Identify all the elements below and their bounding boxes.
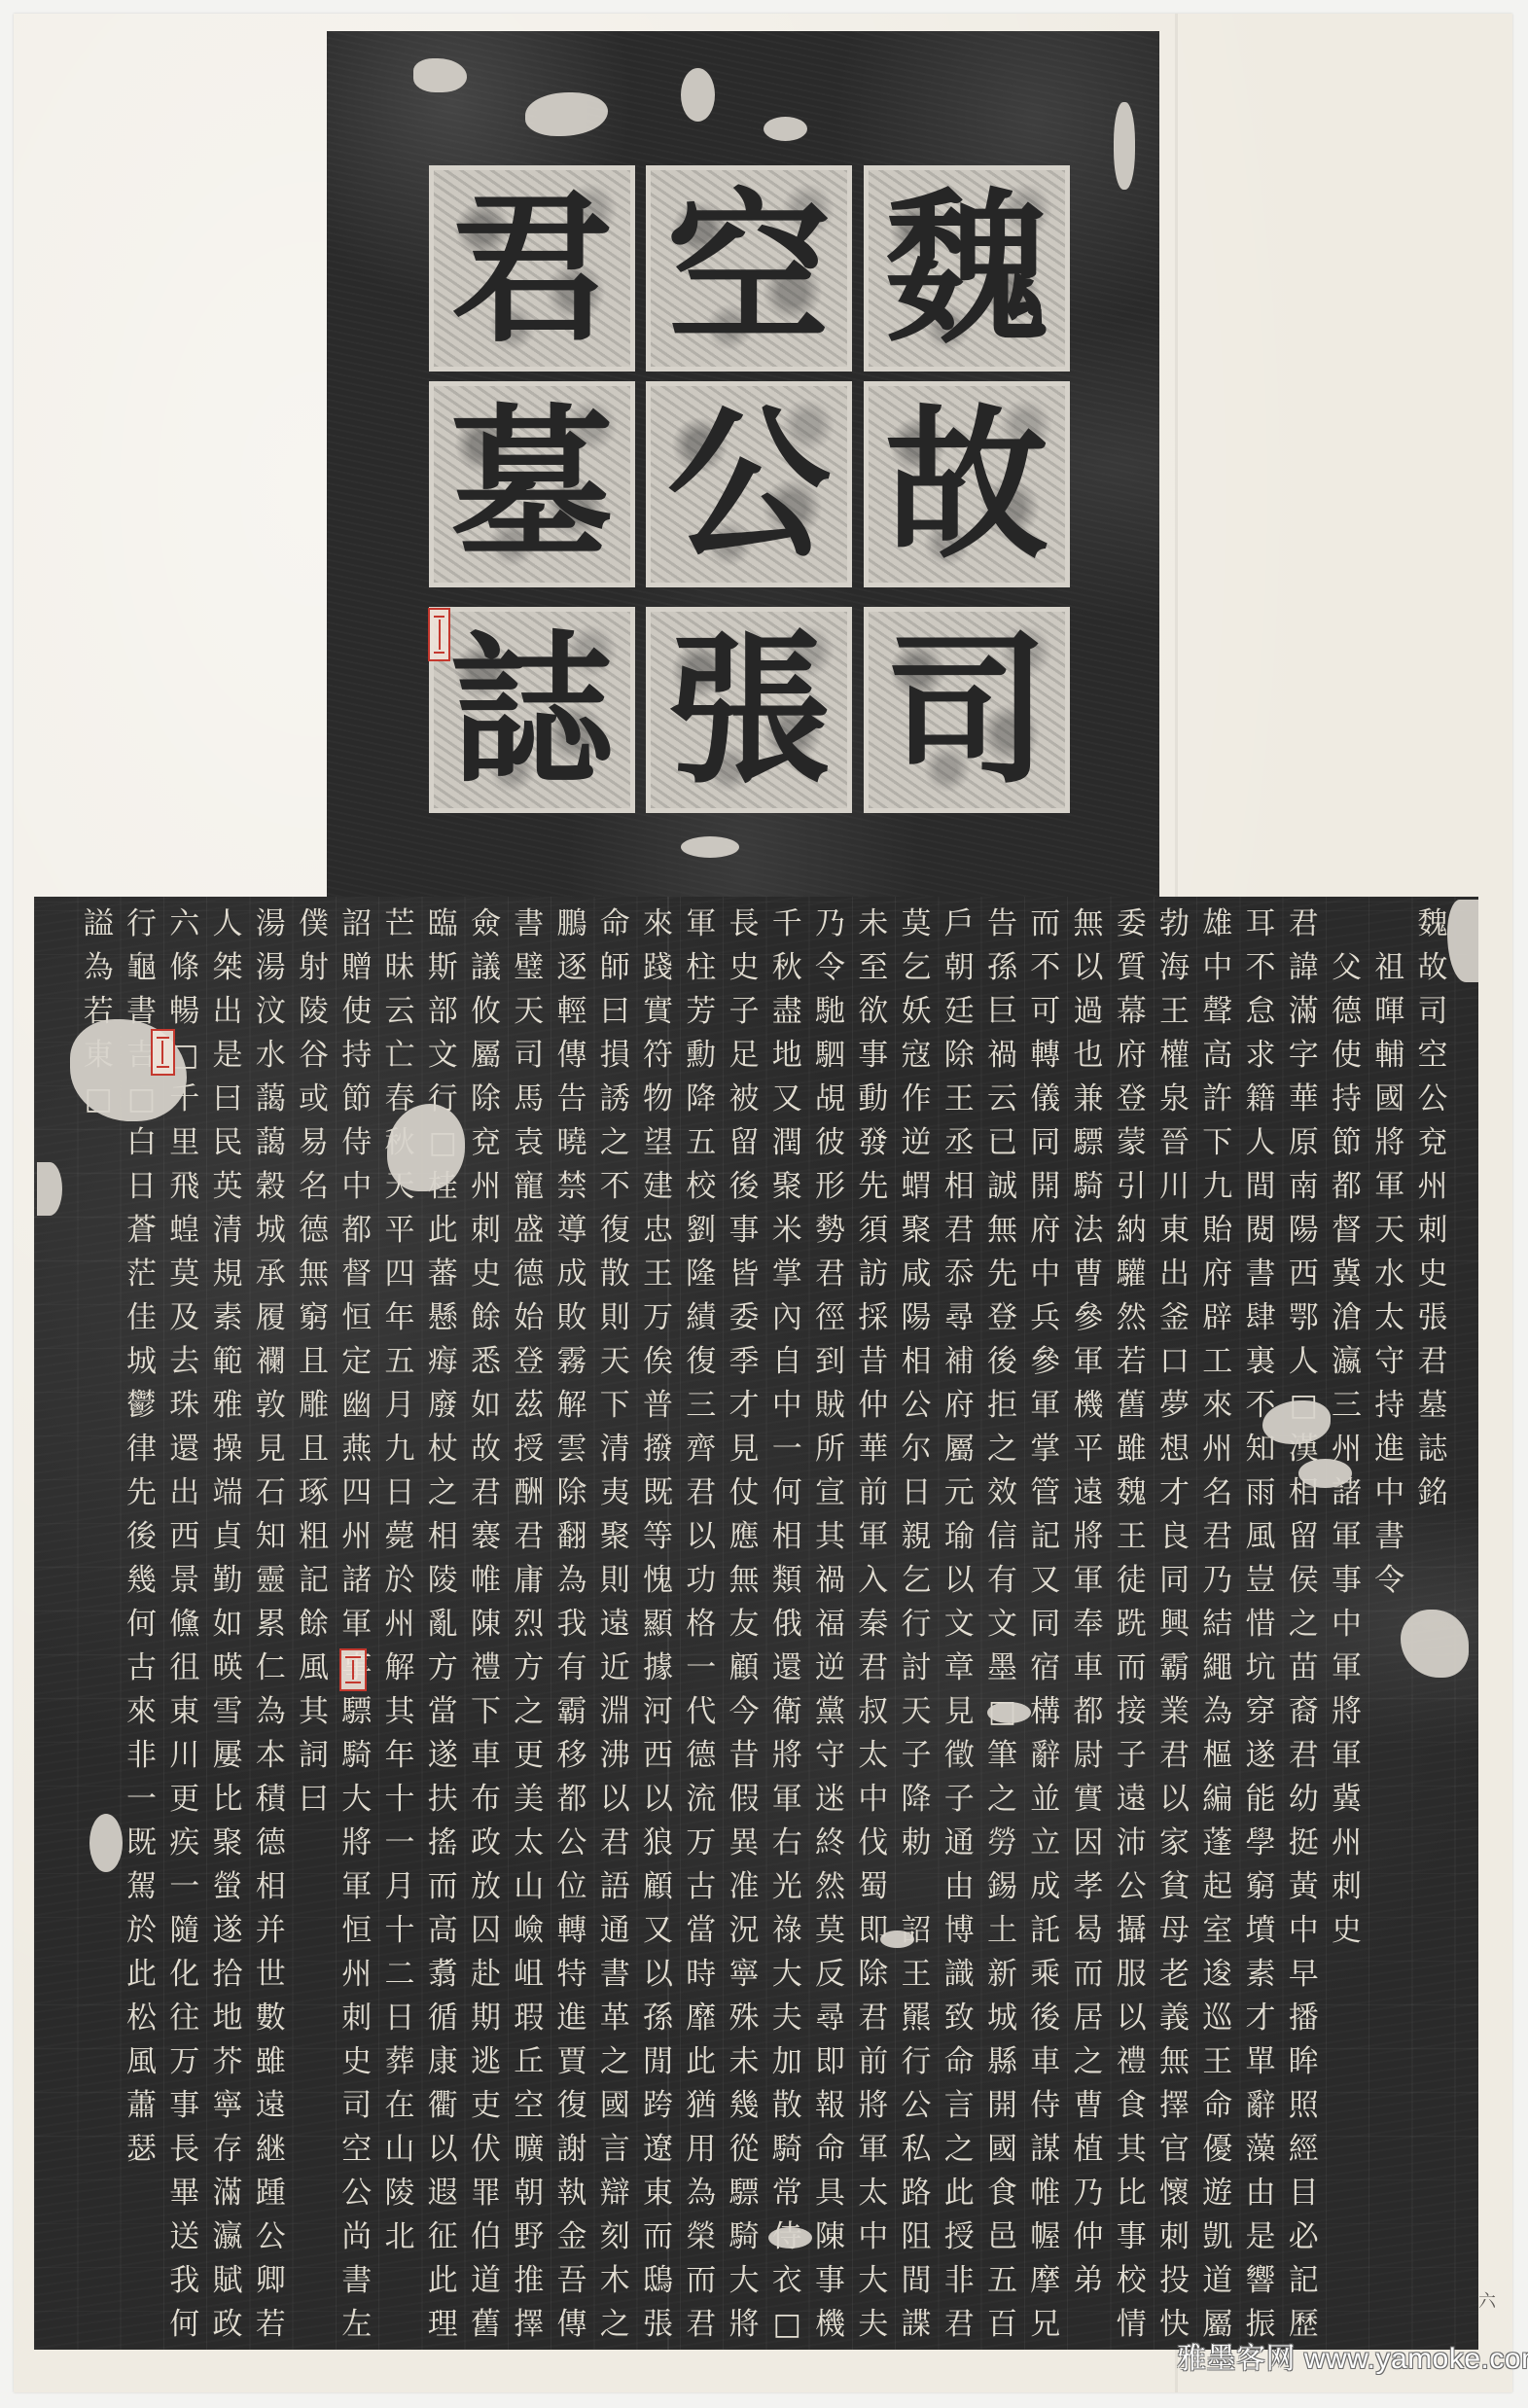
text-column: 來踐實符物望建忠王万俟普撥既等愧顯據河西以狼顧又以孫閒跨遼東而鴟張 (636, 903, 679, 2352)
engraved-character: 遠 (1067, 1471, 1110, 1515)
engraved-character: 故 (1411, 946, 1454, 990)
engraved-character: 以 (1153, 1778, 1195, 1822)
engraved-character: 月 (378, 1384, 421, 1428)
engraved-character: 陽 (895, 1296, 938, 1340)
engraved-character: 左 (336, 2303, 378, 2347)
engraved-character: 功 (680, 1559, 723, 1603)
engraved-character: 公 (895, 2084, 938, 2128)
engraved-character: 瀛 (206, 2215, 249, 2259)
engraved-character: 美 (508, 1778, 551, 1822)
engraved-character: 丘 (508, 2040, 551, 2084)
engraved-character: 素 (1239, 1953, 1282, 1997)
engraved-character: 由 (938, 1865, 980, 1909)
engraved-character: 刺 (336, 1997, 378, 2040)
engraved-character: 異 (723, 1822, 765, 1865)
engraved-character: 汶 (249, 990, 292, 1034)
engraved-character: 潤 (765, 1121, 808, 1165)
engraved-character: 工 (1196, 1340, 1239, 1384)
text-column: 父德使持節都督冀滄瀛三州諸軍事中軍將軍冀州刺史 (1325, 903, 1368, 2352)
engraved-character: 大 (765, 1953, 808, 1997)
engraved-character: 縣 (980, 2040, 1023, 2084)
engraved-character: 私 (895, 2128, 938, 2172)
engraved-character: 之 (938, 2128, 980, 2172)
engraved-character: 藹 (249, 1078, 292, 1121)
engraved-character: 英 (206, 1165, 249, 1209)
engraved-character: 寧 (723, 1953, 765, 1997)
engraved-character: 衢 (421, 2084, 464, 2128)
engraved-character: 將 (765, 1734, 808, 1778)
title-cell: 故 (864, 381, 1070, 587)
text-column: 無以過也兼驃騎法曹參軍機平遠將軍奉車都尉實因孝曷而居之曹植乃仲弟 (1067, 903, 1110, 2352)
engraved-character: 太 (852, 1734, 895, 1778)
engraved-character: 禍 (808, 1559, 851, 1603)
engraved-character: 辭 (1024, 1734, 1067, 1778)
engraved-character: 之 (593, 2303, 636, 2347)
engraved-character: 效 (980, 1471, 1023, 1515)
engraved-character: 必 (1282, 2215, 1325, 2259)
engraved-character: 普 (636, 1384, 679, 1428)
engraved-character: 權 (1153, 1034, 1195, 1078)
engraved-character: 君 (680, 2303, 723, 2347)
engraved-character: 語 (593, 1865, 636, 1909)
engraved-character: 績 (680, 1296, 723, 1340)
engraved-character: 期 (464, 1997, 507, 2040)
engraved-character: 間 (895, 2259, 938, 2303)
engraved-character: 史 (723, 946, 765, 990)
engraved-character: 祿 (765, 1909, 808, 1953)
engraved-character: 幕 (1110, 990, 1153, 1034)
engraved-character: 進 (1368, 1428, 1411, 1471)
engraved-character: 燕 (336, 1428, 378, 1471)
engraved-character: 才 (1153, 1471, 1195, 1515)
engraved-character: 豈 (1239, 1559, 1282, 1603)
engraved-character: 地 (206, 1997, 249, 2040)
engraved-character: 我 (551, 1603, 593, 1647)
engraved-character: 損 (593, 1034, 636, 1078)
engraved-character: 陵 (378, 2172, 421, 2215)
engraved-character: 所 (808, 1428, 851, 1471)
engraved-character: 踵 (249, 2172, 292, 2215)
engraved-character: 朝 (508, 2172, 551, 2215)
engraved-character: 岨 (508, 1953, 551, 1997)
engraved-character: 薨 (378, 1515, 421, 1559)
engraved-character: 優 (1196, 2128, 1239, 2172)
engraved-character: 谷 (292, 1034, 335, 1078)
engraved-character: 儀 (1024, 1078, 1067, 1121)
engraved-character: 乞 (895, 1559, 938, 1603)
engraved-character: 勢 (808, 1209, 851, 1253)
engraved-character: 廷 (938, 990, 980, 1034)
engraved-character: 建 (636, 1165, 679, 1209)
engraved-character: 中 (1368, 1471, 1411, 1515)
engraved-character: 則 (593, 1559, 636, 1603)
engraved-character: 仲 (1067, 2215, 1110, 2259)
engraved-character: 行 (895, 2040, 938, 2084)
engraved-character: 其 (1110, 2128, 1153, 2172)
engraved-character: 事 (163, 2084, 206, 2128)
engraved-character: 且 (292, 1340, 335, 1384)
engraved-character: 於 (378, 1559, 421, 1603)
engraved-character: 河 (636, 1690, 679, 1734)
engraved-character: 非 (120, 1734, 162, 1778)
engraved-character: 馳 (808, 990, 851, 1034)
engraved-character: 徵 (938, 1734, 980, 1778)
engraved-character: 相 (249, 1865, 292, 1909)
engraved-character: 之 (1067, 2040, 1110, 2084)
engraved-character: 子 (723, 990, 765, 1034)
engraved-character: 因 (1067, 1822, 1110, 1865)
engraved-character: 軍 (1325, 1647, 1368, 1690)
engraved-character: 琢 (292, 1471, 335, 1515)
engraved-character: 西 (1282, 1253, 1325, 1296)
engraved-character: 世 (249, 1953, 292, 1997)
engraved-character: 都 (336, 1209, 378, 1253)
engraved-character: 司 (1411, 990, 1454, 1034)
engraved-character: 方 (421, 1647, 464, 1690)
engraved-character: 若 (249, 2303, 292, 2347)
engraved-character: 司 (508, 1034, 551, 1078)
engraved-character: 怠 (1239, 990, 1282, 1034)
engraved-character: 奉 (1067, 1603, 1110, 1647)
engraved-character: 康 (421, 2040, 464, 2084)
engraved-character: 屬 (464, 1034, 507, 1078)
engraved-character: 齊 (680, 1428, 723, 1471)
engraved-character: 易 (292, 1121, 335, 1165)
engraved-character: 遐 (421, 2172, 464, 2215)
damage-patch (387, 1104, 465, 1191)
engraved-character: 成 (551, 1253, 593, 1296)
engraved-character: 不 (1239, 946, 1282, 990)
engraved-character: 仁 (249, 1647, 292, 1690)
engraved-character: 君 (852, 1647, 895, 1690)
engraved-character: 西 (163, 1515, 206, 1559)
engraved-character: 降 (680, 1078, 723, 1121)
engraved-character: 到 (808, 1340, 851, 1384)
engraved-character: 季 (723, 1340, 765, 1384)
engraved-character: 此 (680, 2040, 723, 2084)
engraved-character: 參 (1024, 1340, 1067, 1384)
title-character: 公 (667, 403, 831, 566)
engraved-character: 事 (1325, 1559, 1368, 1603)
engraved-character: 文 (938, 1603, 980, 1647)
engraved-character: 乃 (808, 903, 851, 946)
engraved-character: 川 (1153, 1165, 1195, 1209)
damage-patch (681, 68, 715, 122)
engraved-character: 駕 (120, 1865, 162, 1909)
text-column: 告孫巨禍云已誠無先登後拒之效信有文墨□筆之勞錫土新城縣開國食邑五百 (980, 903, 1023, 2352)
engraved-character: 瑟 (120, 2128, 162, 2172)
text-column: 湯湯汶水藹藹穀城承履襴敦見石知靈累仁為本積德相并世數雖遠継踵公卿若 (249, 903, 292, 2352)
engraved-character: 事 (1110, 2215, 1153, 2259)
engraved-character: 禍 (980, 1034, 1023, 1078)
engraved-character: 能 (1239, 1778, 1282, 1822)
engraved-character: 方 (508, 1647, 551, 1690)
engraved-character: 跣 (1110, 1603, 1153, 1647)
engraved-character: 欲 (852, 990, 895, 1034)
engraved-character: 前 (852, 1471, 895, 1515)
engraved-character: 侯 (1282, 1559, 1325, 1603)
engraved-character: 坑 (1239, 1647, 1282, 1690)
engraved-character: 莫 (163, 1253, 206, 1296)
engraved-character: 名 (1196, 1471, 1239, 1515)
engraved-character: 二 (378, 1953, 421, 1997)
engraved-character: 而 (1024, 903, 1067, 946)
engraved-character: 芥 (206, 2040, 249, 2084)
engraved-character: 民 (206, 1121, 249, 1165)
engraved-character: 命 (593, 903, 636, 946)
engraved-character: 仗 (723, 1471, 765, 1515)
engraved-character: 征 (421, 2215, 464, 2259)
engraved-character: 義 (1153, 1997, 1195, 2040)
engraved-character: 位 (551, 1865, 593, 1909)
engraved-character: 類 (765, 1559, 808, 1603)
engraved-character: 實 (1067, 1778, 1110, 1822)
engraved-character: 校 (680, 1165, 723, 1209)
engraved-character: 巡 (1196, 1997, 1239, 2040)
engraved-character: 過 (1067, 990, 1110, 1034)
engraved-character: 命 (808, 2128, 851, 2172)
engraved-character: 言 (938, 2084, 980, 2128)
damage-patch (89, 1814, 123, 1872)
engraved-character: 部 (421, 990, 464, 1034)
engraved-character: 傳 (551, 1034, 593, 1078)
engraved-character: 興 (1153, 1603, 1195, 1647)
title-character: 墓 (450, 403, 614, 566)
engraved-character: 比 (206, 1778, 249, 1822)
engraved-character: 殊 (723, 1997, 765, 2040)
engraved-character: 四 (378, 1253, 421, 1296)
engraved-character: 是 (1239, 2215, 1282, 2259)
engraved-character: 遠 (593, 1603, 636, 1647)
engraved-character: 書 (1239, 1253, 1282, 1296)
engraved-character: 州 (1325, 1822, 1368, 1865)
engraved-character: 靡 (680, 1997, 723, 2040)
engraved-character: 阻 (895, 2215, 938, 2259)
engraved-character: 勤 (206, 1559, 249, 1603)
engraved-character: 承 (249, 1253, 292, 1296)
engraved-character: 城 (980, 1997, 1023, 2040)
engraved-character: 不 (593, 1165, 636, 1209)
engraved-character: 後 (723, 1165, 765, 1209)
engraved-character: 相 (765, 1515, 808, 1559)
engraved-character: 傳 (551, 2303, 593, 2347)
engraved-character: 光 (765, 1865, 808, 1909)
engraved-character: 蝟 (895, 1165, 938, 1209)
engraved-character: 將 (1368, 1121, 1411, 1165)
engraved-character: 軍 (680, 903, 723, 946)
engraved-character: 幾 (723, 2084, 765, 2128)
engraved-character: 之 (593, 2040, 636, 2084)
engraved-character: 流 (680, 1778, 723, 1822)
engraved-character: 使 (1325, 1034, 1368, 1078)
engraved-character: 陳 (464, 1603, 507, 1647)
engraved-character: 命 (938, 2040, 980, 2084)
engraved-character: 継 (249, 2128, 292, 2172)
engraved-character: 友 (723, 1603, 765, 1647)
engraved-character: 為 (1196, 1690, 1239, 1734)
engraved-character (895, 1865, 938, 1909)
engraved-character: 樞 (1196, 1734, 1239, 1778)
engraved-character: 十 (378, 1778, 421, 1822)
engraved-character: 見 (723, 1428, 765, 1471)
engraved-character: 曷 (1067, 1909, 1110, 1953)
engraved-character: 墳 (1239, 1909, 1282, 1953)
engraved-character: 君 (1196, 1515, 1239, 1559)
engraved-character: 經 (1282, 2128, 1325, 2172)
engraved-character: 龜 (120, 946, 162, 990)
engraved-character: 為 (77, 946, 120, 990)
engraved-character: 機 (1067, 1384, 1110, 1428)
engraved-character: 報 (808, 2084, 851, 2128)
engraved-character: 逆 (808, 1647, 851, 1690)
engraved-character: 往 (163, 1997, 206, 2040)
engraved-character: 籍 (1239, 1078, 1282, 1121)
engraved-character: 冀 (1325, 1253, 1368, 1296)
engraved-character: 君 (508, 1515, 551, 1559)
engraved-character: 中 (765, 1384, 808, 1428)
text-column: 六條暢□千里飛蝗莫及去珠還出西景儵徂東川更疾一隨化往万事長畢送我何 (163, 903, 206, 2352)
engraved-character: 名 (292, 1165, 335, 1209)
damage-patch (880, 1930, 914, 1948)
engraved-character: 理 (421, 2303, 464, 2347)
engraved-character: 長 (723, 903, 765, 946)
engraved-character: 解 (551, 1384, 593, 1428)
engraved-character: 擇 (1153, 2084, 1195, 2128)
engraved-character: 逃 (464, 2040, 507, 2084)
engraved-character: 督 (1325, 1209, 1368, 1253)
engraved-character: 植 (1067, 2128, 1110, 2172)
engraved-character: 單 (1239, 2040, 1282, 2084)
engraved-character: 王 (1110, 1515, 1153, 1559)
engraved-character: 如 (464, 1384, 507, 1428)
engraved-character: 範 (206, 1340, 249, 1384)
engraved-character: 以 (636, 1778, 679, 1822)
engraved-character: 霸 (1153, 1647, 1195, 1690)
engraved-character: 恒 (336, 1296, 378, 1340)
engraved-character: 訪 (852, 1253, 895, 1296)
text-column: 僉議攸屬除兗州刺史餘悉如故君褰帷陳禮下車布政放囚赴期逃吏伏罪伯道舊 (464, 903, 507, 2352)
engraved-character: 信 (980, 1515, 1023, 1559)
engraved-character: 褰 (464, 1515, 507, 1559)
engraved-character: 良 (1153, 1515, 1195, 1559)
engraved-character: 疾 (163, 1822, 206, 1865)
engraved-character: 愧 (636, 1559, 679, 1603)
engraved-character: 機 (808, 2303, 851, 2347)
engraved-character: 平 (1067, 1428, 1110, 1471)
engraved-character: 賈 (551, 2040, 593, 2084)
engraved-character: 降 (895, 1778, 938, 1822)
engraved-character: 照 (1282, 2084, 1325, 2128)
engraved-character: 恒 (336, 1909, 378, 1953)
engraved-character: 親 (895, 1515, 938, 1559)
engraved-character: 是 (206, 1034, 249, 1078)
engraved-character: 更 (508, 1734, 551, 1778)
engraved-character: 而 (680, 2259, 723, 2303)
engraved-character: 太 (508, 1822, 551, 1865)
engraved-character: 釜 (1153, 1296, 1195, 1340)
engraved-character: 茲 (508, 1384, 551, 1428)
engraved-character: 早 (1282, 1953, 1325, 1997)
engraved-character: 常 (765, 2172, 808, 2215)
engraved-character: 中 (336, 1165, 378, 1209)
engraved-character: 閒 (636, 2040, 679, 2084)
engraved-character: 車 (464, 1734, 507, 1778)
engraved-character: 登 (1110, 1078, 1153, 1121)
engraved-character: 刺 (464, 1209, 507, 1253)
engraved-character: 仲 (852, 1384, 895, 1428)
engraved-character: 眸 (1282, 2040, 1325, 2084)
engraved-character: 海 (1153, 946, 1195, 990)
engraved-character: 尚 (336, 2215, 378, 2259)
engraved-character: 之 (421, 1471, 464, 1515)
engraved-character: 告 (551, 1078, 593, 1121)
engraved-character: 蜀 (852, 1865, 895, 1909)
engraved-character: 敦 (249, 1384, 292, 1428)
engraved-character: 五 (680, 1121, 723, 1165)
engraved-character: 皆 (723, 1253, 765, 1296)
engraved-character: 一 (163, 1865, 206, 1909)
engraved-character: 百 (980, 2303, 1023, 2347)
title-cell: 司 (864, 607, 1070, 813)
engraved-character: 行 (120, 903, 162, 946)
engraved-character: 貞 (206, 1515, 249, 1559)
text-column: 長史子足被留後事皆委季才見仗應無友顧今昔假異准況寧殊未幾從驃騎大將 (723, 903, 765, 2352)
engraved-character: 執 (551, 2172, 593, 2215)
engraved-character: 王 (938, 1078, 980, 1121)
engraved-character: 張 (1411, 1296, 1454, 1340)
engraved-character: 成 (1024, 1865, 1067, 1909)
engraved-character: 出 (206, 990, 249, 1034)
engraved-character: 城 (120, 1340, 162, 1384)
engraved-character: 東 (636, 2172, 679, 2215)
engraved-character: 黨 (808, 1690, 851, 1734)
engraved-character: 然 (1110, 1296, 1153, 1340)
engraved-character: 忝 (938, 1253, 980, 1296)
engraved-character: 騎 (1067, 1165, 1110, 1209)
engraved-character: 衣 (765, 2259, 808, 2303)
engraved-character: 聚 (895, 1209, 938, 1253)
engraved-character: 服 (1110, 1953, 1153, 1997)
engraved-character: 夷 (593, 1471, 636, 1515)
engraved-character: 守 (1368, 1340, 1411, 1384)
engraved-character: 蒙 (1110, 1121, 1153, 1165)
engraved-character: 州 (336, 1953, 378, 1997)
engraved-character: 騎 (765, 2128, 808, 2172)
engraved-character: 形 (808, 1165, 851, 1209)
engraved-character: 督 (336, 1253, 378, 1296)
engraved-character: 杖 (421, 1428, 464, 1471)
engraved-character: 暉 (1368, 990, 1411, 1034)
text-column: 謚為若東□ (77, 903, 120, 2352)
engraved-character: 並 (1024, 1778, 1067, 1822)
engraved-character: 寇 (895, 1034, 938, 1078)
engraved-character: 寧 (206, 2084, 249, 2128)
engraved-character: 城 (249, 1209, 292, 1253)
engraved-character: 囚 (464, 1909, 507, 1953)
engraved-character: 拾 (206, 1953, 249, 1997)
engraved-character: 幽 (336, 1384, 378, 1428)
engraved-character: 葬 (378, 2040, 421, 2084)
engraved-character: 准 (723, 1865, 765, 1909)
engraved-character: 王 (636, 1253, 679, 1296)
engraved-character: 君 (1153, 1734, 1195, 1778)
engraved-character: 軍 (336, 1603, 378, 1647)
engraved-character: 平 (378, 1209, 421, 1253)
engraved-character: 大 (723, 2259, 765, 2303)
engraved-character: 都 (1325, 1165, 1368, 1209)
engraved-character: 顧 (723, 1647, 765, 1690)
engraved-character: 滿 (1282, 990, 1325, 1034)
